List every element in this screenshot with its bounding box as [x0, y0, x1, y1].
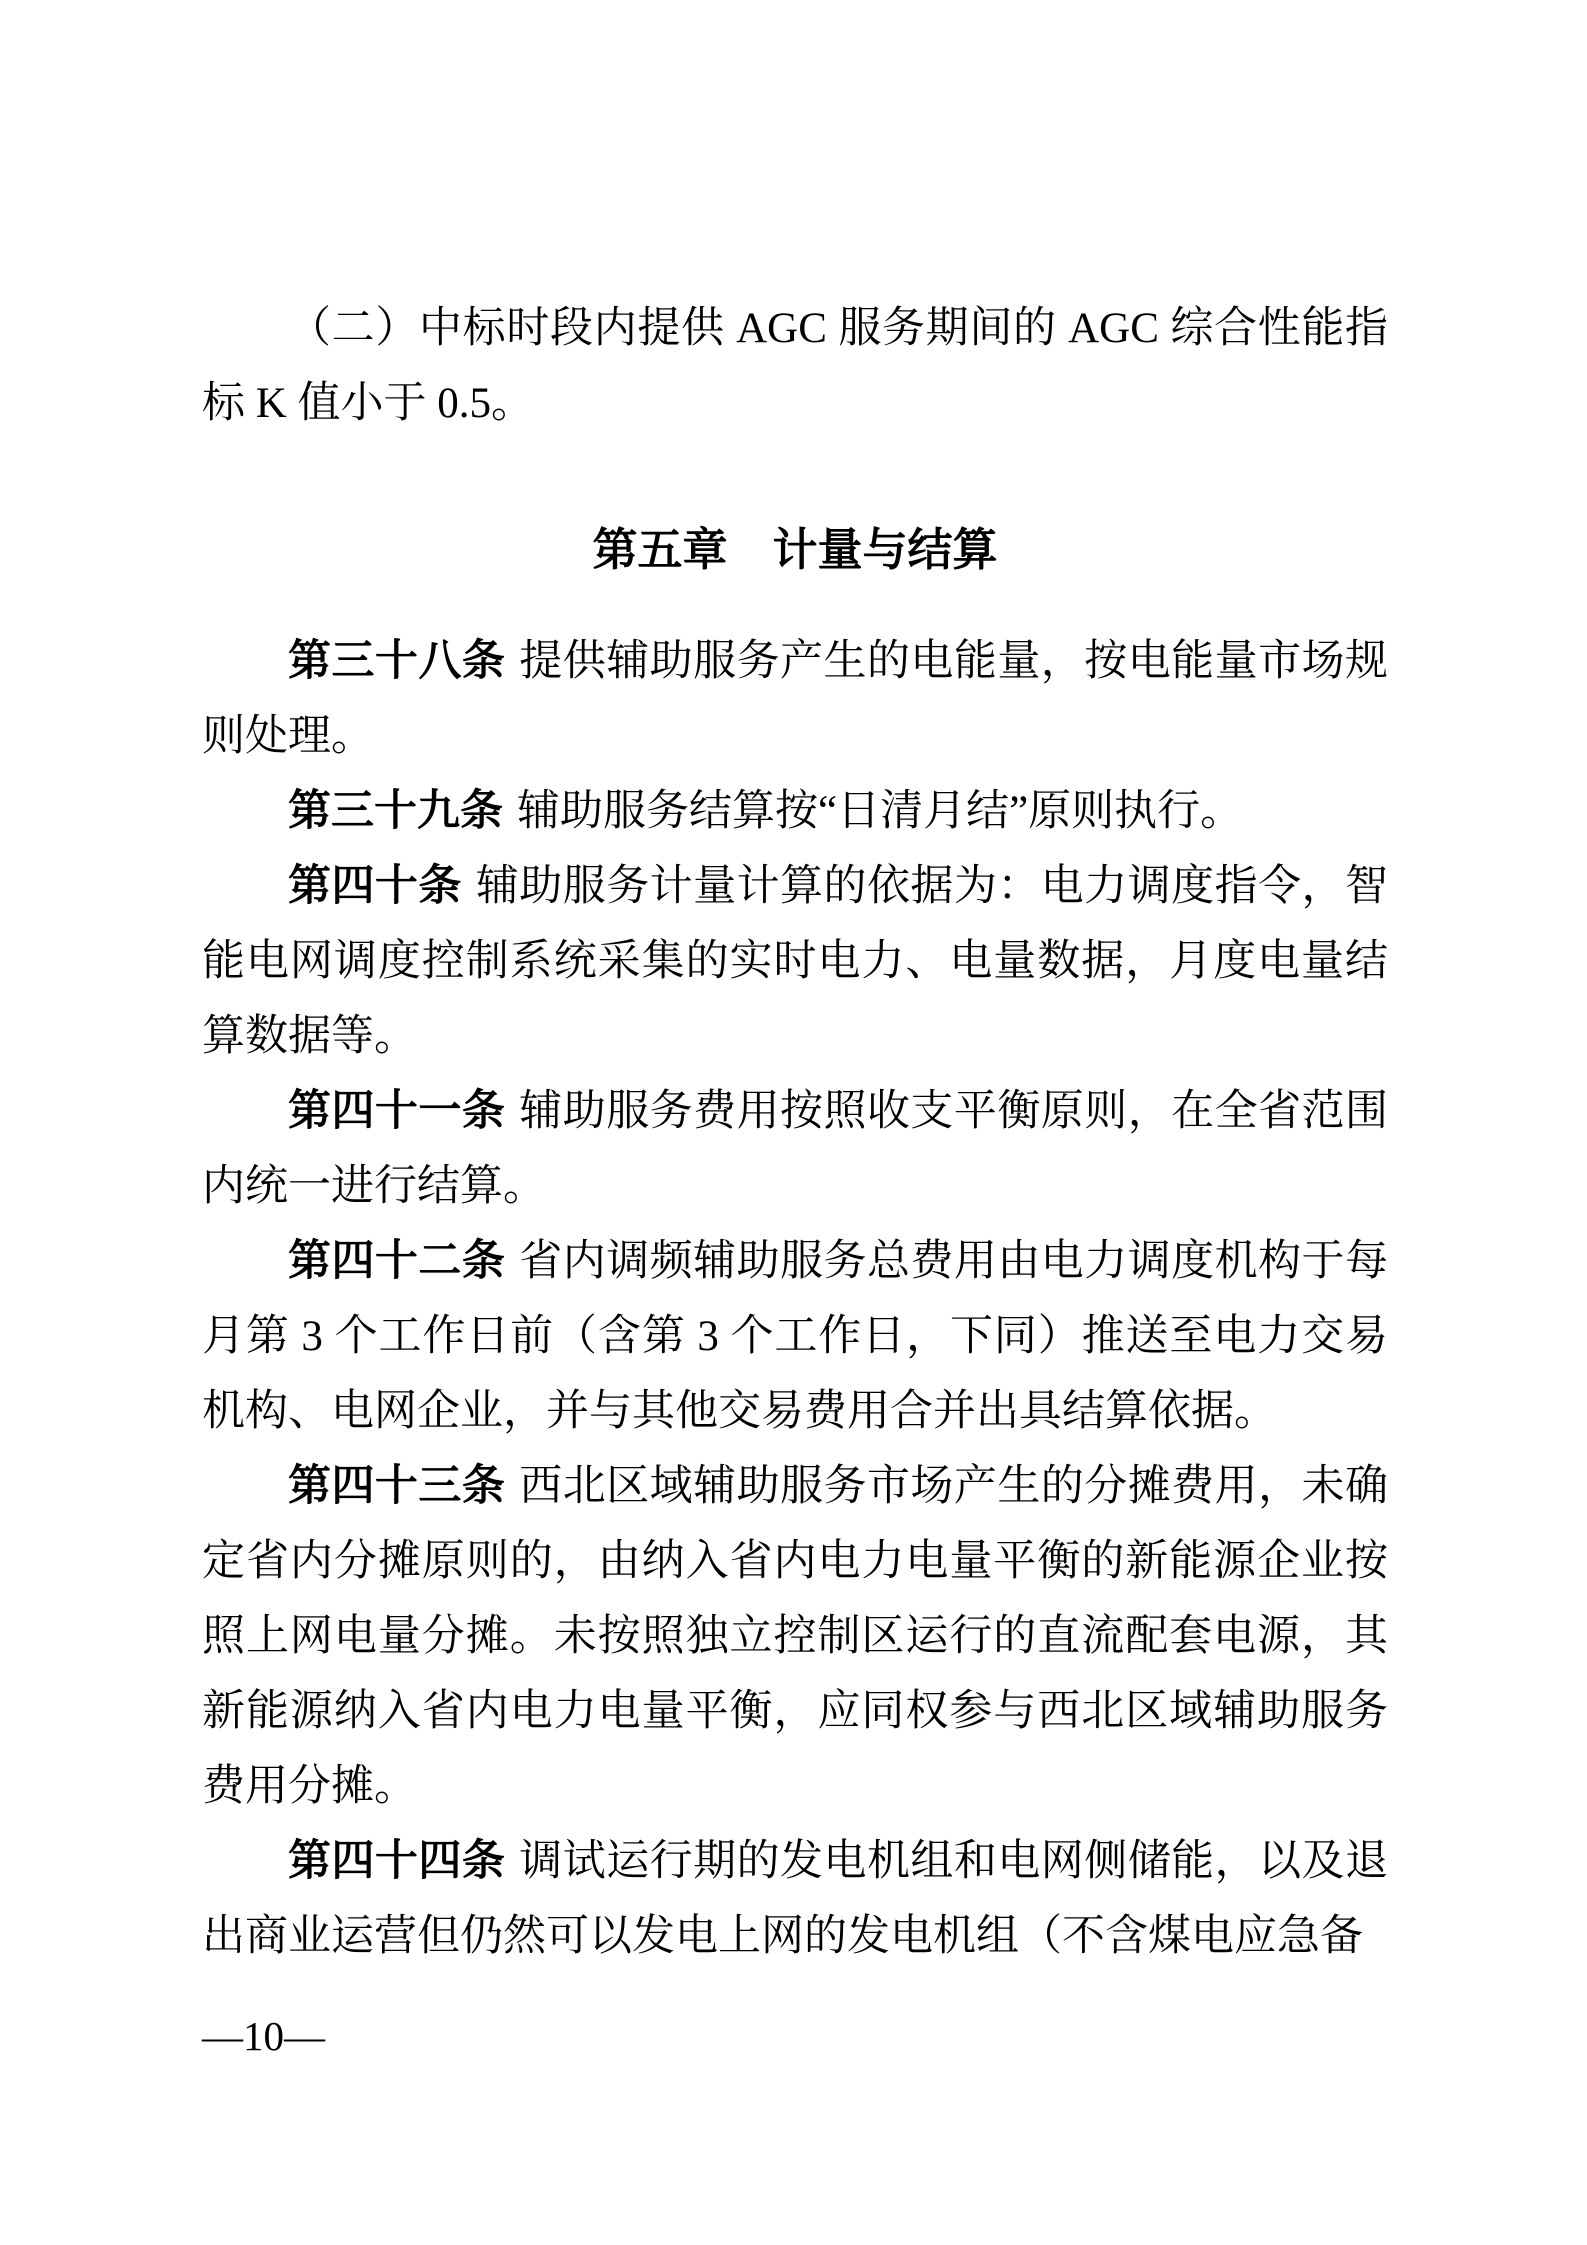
article-number: 第四十三条	[288, 1462, 505, 1510]
article-number: 第三十八条	[288, 637, 505, 685]
intro-paragraph: （二）中标时段内提供 AGC 服务期间的 AGC 综合性能指标 K 值小于 0.…	[202, 291, 1388, 441]
document-content: （二）中标时段内提供 AGC 服务期间的 AGC 综合性能指标 K 值小于 0.…	[202, 291, 1388, 1974]
article-paragraph: 第四十二条省内调频辅助服务总费用由电力调度机构于每月第 3 个工作日前（含第 3…	[202, 1224, 1388, 1449]
intro-paragraph-text: （二）中标时段内提供 AGC 服务期间的 AGC 综合性能指标 K 值小于 0.…	[202, 305, 1388, 427]
article-paragraph: 第三十九条辅助服务结算按“日清月结”原则执行。	[202, 774, 1388, 849]
article-paragraph: 第三十八条提供辅助服务产生的电能量，按电能量市场规则处理。	[202, 624, 1388, 774]
article-paragraph: 第四十一条辅助服务费用按照收支平衡原则，在全省范围内统一进行结算。	[202, 1074, 1388, 1224]
article-number: 第四十四条	[288, 1837, 505, 1885]
article-text: 辅助服务结算按“日清月结”原则执行。	[517, 788, 1243, 835]
page-number: —10—	[202, 2012, 325, 2060]
article-number: 第四十二条	[288, 1237, 505, 1285]
article-number: 第三十九条	[288, 787, 503, 835]
article-number: 第四十条	[288, 862, 462, 910]
article-text: 西北区域辅助服务市场产生的分摊费用，未确定省内分摊原则的，由纳入省内电力电量平衡…	[202, 1463, 1388, 1810]
chapter-heading: 第五章 计量与结算	[202, 512, 1388, 587]
article-paragraph: 第四十四条调试运行期的发电机组和电网侧储能，以及退出商业运营但仍然可以发电上网的…	[202, 1824, 1388, 1974]
document-page: （二）中标时段内提供 AGC 服务期间的 AGC 综合性能指标 K 值小于 0.…	[0, 0, 1587, 2245]
article-paragraph: 第四十三条西北区域辅助服务市场产生的分摊费用，未确定省内分摊原则的，由纳入省内电…	[202, 1449, 1388, 1824]
article-number: 第四十一条	[288, 1087, 505, 1135]
article-paragraph: 第四十条辅助服务计量计算的依据为：电力调度指令，智能电网调度控制系统采集的实时电…	[202, 849, 1388, 1074]
